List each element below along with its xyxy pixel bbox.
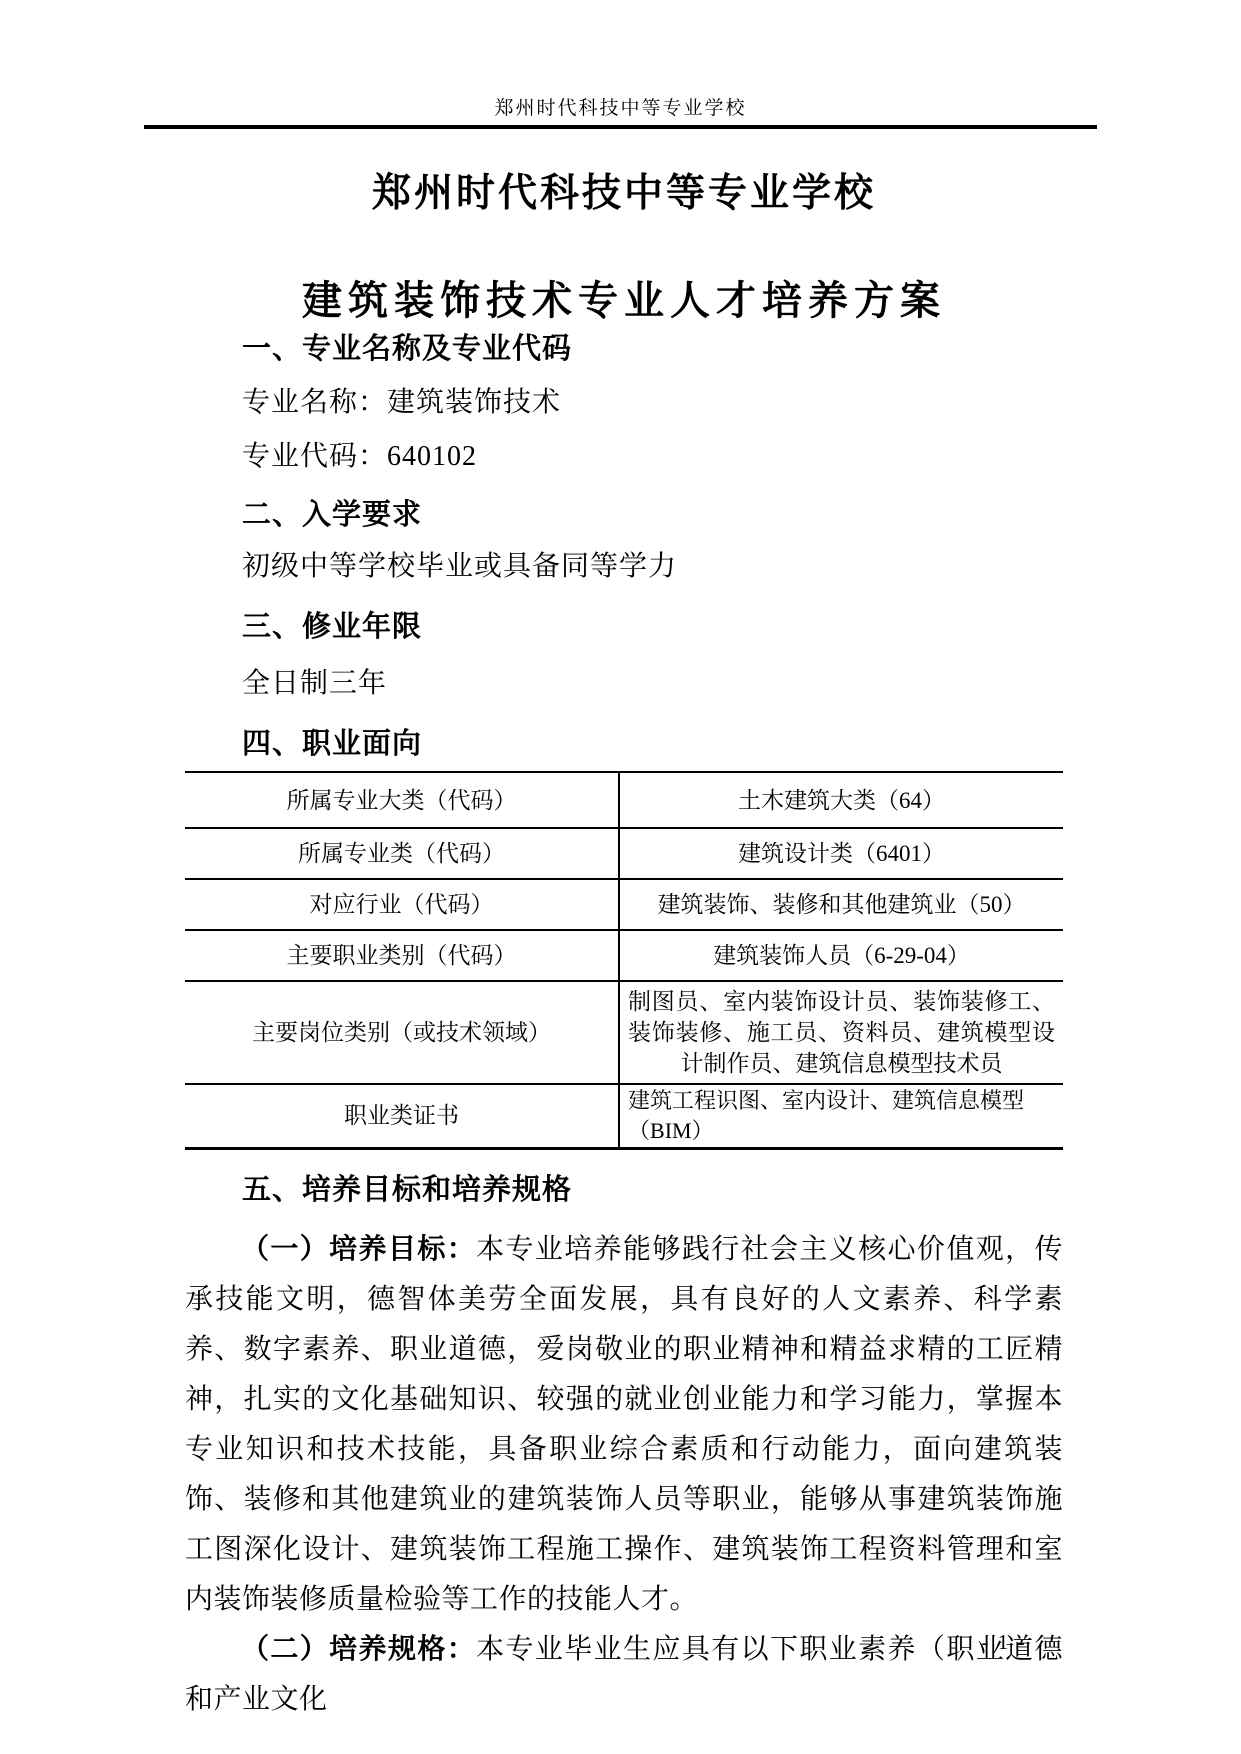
training-objective-paragraph: （一）培养目标：本专业培养能够践行社会主义核心价值观，传承技能文明，德智体美劳全…	[185, 1225, 1063, 1625]
table-value-cell: 制图员、室内装饰设计员、装饰装修工、装饰装修、施工员、资料员、建筑模型设计制作员…	[619, 981, 1063, 1084]
document-page: 郑州时代科技中等专业学校 郑州时代科技中等专业学校 建筑装饰技术专业人才培养方案…	[0, 0, 1241, 1754]
table-row: 主要职业类别（代码） 建筑装饰人员（6-29-04）	[185, 930, 1063, 981]
table-value-cell: 建筑装饰人员（6-29-04）	[619, 930, 1063, 981]
table-row: 所属专业大类（代码） 土木建筑大类（64）	[185, 772, 1063, 828]
table-label-cell: 所属专业大类（代码）	[185, 772, 619, 828]
paragraph-lead: （一）培养目标：	[241, 1234, 476, 1265]
training-spec-paragraph: （二）培养规格：本专业毕业生应具有以下职业素养（职业道德和产业文化	[185, 1625, 1063, 1725]
table-label-cell: 对应行业（代码）	[185, 879, 619, 930]
table-label-cell: 所属专业类（代码）	[185, 828, 619, 879]
section-heading-3: 三、修业年限	[185, 609, 1063, 645]
table-row: 职业类证书 建筑工程识图、室内设计、建筑信息模型（BIM）	[185, 1084, 1063, 1149]
section-heading-2: 二、入学要求	[185, 497, 1063, 533]
major-code-line: 专业代码：640102	[185, 441, 1063, 473]
table-label-cell: 主要职业类别（代码）	[185, 930, 619, 981]
doc-subtitle: 建筑装饰技术专业人才培养方案	[185, 279, 1063, 323]
table-row: 主要岗位类别（或技术领域） 制图员、室内装饰设计员、装饰装修工、装饰装修、施工员…	[185, 981, 1063, 1084]
study-duration-line: 全日制三年	[185, 668, 1063, 700]
section-heading-4: 四、职业面向	[185, 726, 1063, 762]
table-row: 对应行业（代码） 建筑装饰、装修和其他建筑业（50）	[185, 879, 1063, 930]
table-value-cell: 建筑装饰、装修和其他建筑业（50）	[619, 879, 1063, 930]
table-value-cell: 土木建筑大类（64）	[619, 772, 1063, 828]
table-label-cell: 主要岗位类别（或技术领域）	[185, 981, 619, 1084]
running-header-text: 郑州时代科技中等专业学校	[144, 97, 1097, 120]
running-header: 郑州时代科技中等专业学校	[144, 0, 1097, 129]
major-name-line: 专业名称：建筑装饰技术	[185, 387, 1063, 419]
doc-title: 郑州时代科技中等专业学校	[185, 171, 1063, 217]
entry-requirement-line: 初级中等学校毕业或具备同等学力	[185, 551, 1063, 583]
table-row: 所属专业类（代码） 建筑设计类（6401）	[185, 828, 1063, 879]
table-label-cell: 职业类证书	[185, 1084, 619, 1149]
page-number: - 1 -	[938, 1630, 1070, 1655]
table-value-cell: 建筑设计类（6401）	[619, 828, 1063, 879]
section-heading-5: 五、培养目标和培养规格	[185, 1172, 1063, 1208]
paragraph-lead: （二）培养规格：	[241, 1634, 476, 1665]
paragraph-text: 本专业培养能够践行社会主义核心价值观，传承技能文明，德智体美劳全面发展，具有良好…	[185, 1234, 1063, 1615]
table-value-cell: 建筑工程识图、室内设计、建筑信息模型（BIM）	[619, 1084, 1063, 1149]
page-content: 郑州时代科技中等专业学校 建筑装饰技术专业人才培养方案 一、专业名称及专业代码 …	[185, 171, 1063, 1725]
career-orientation-table: 所属专业大类（代码） 土木建筑大类（64） 所属专业类（代码） 建筑设计类（64…	[185, 771, 1063, 1150]
section-heading-1: 一、专业名称及专业代码	[185, 331, 1063, 367]
